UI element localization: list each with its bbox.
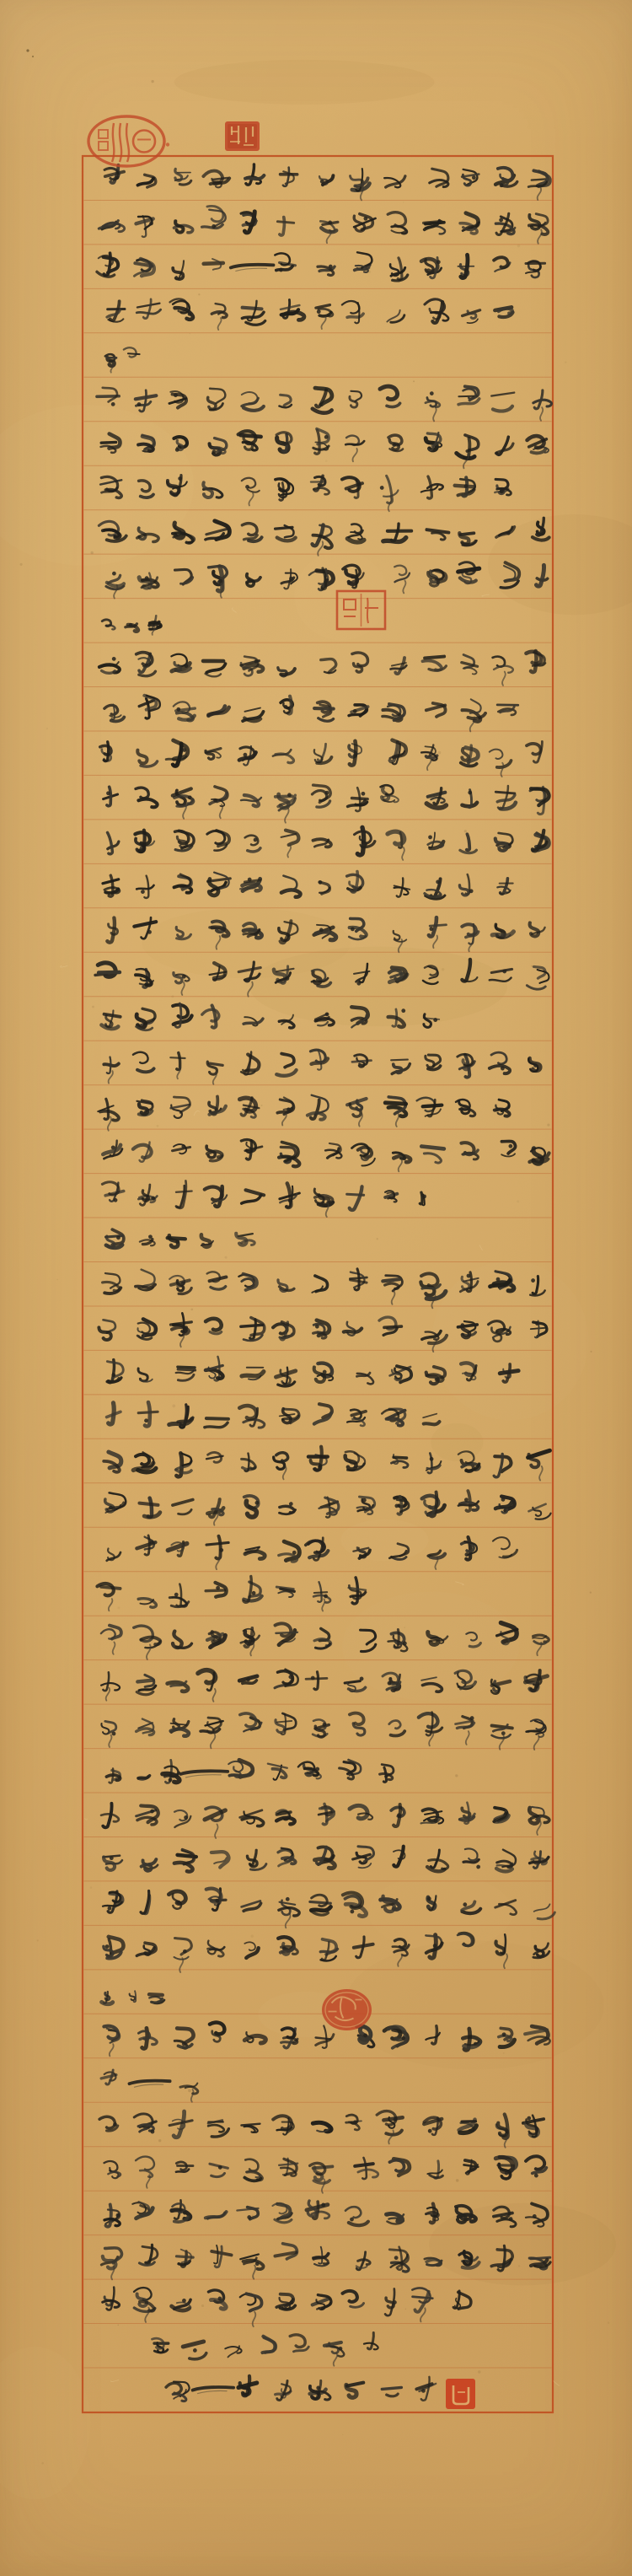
page: { "artwork": { "kind": "Chinese cursive … [0,0,632,2576]
signature-seal [446,2379,475,2409]
calligraphy-scroll-svg [0,0,632,2576]
round-relief-seal [322,1989,372,2030]
square-intaglio-seal [225,121,260,151]
